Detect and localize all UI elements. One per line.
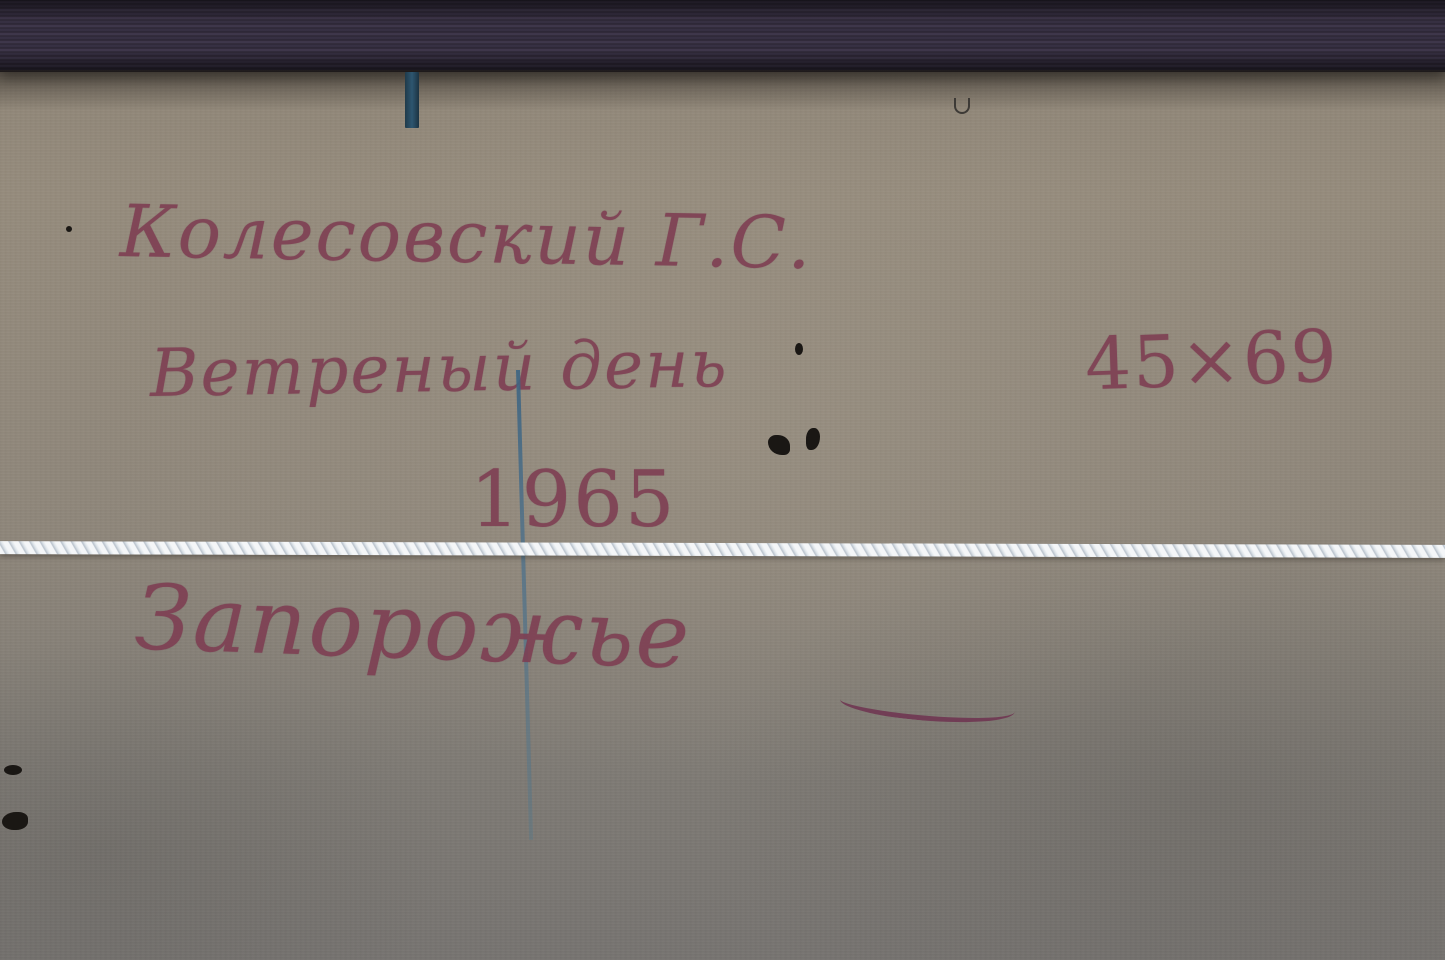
inscription-year: 1965 xyxy=(470,455,677,545)
edge-mark xyxy=(2,812,28,830)
inscription-title: Ветреный день xyxy=(149,325,729,412)
fiberboard-backing xyxy=(0,0,1445,960)
inscription-city: Запорожье xyxy=(133,565,693,689)
hook-mark xyxy=(954,98,970,114)
frame-shadow xyxy=(0,70,1445,110)
inscription-dimensions: 45×69 xyxy=(1084,314,1340,407)
edge-mark xyxy=(4,765,22,775)
stretcher-bar xyxy=(0,0,1445,72)
inscription-artist: Колесовский Г.С. xyxy=(119,189,813,285)
metal-staple xyxy=(405,72,419,128)
nail-hole xyxy=(795,343,803,355)
speck xyxy=(66,226,72,232)
